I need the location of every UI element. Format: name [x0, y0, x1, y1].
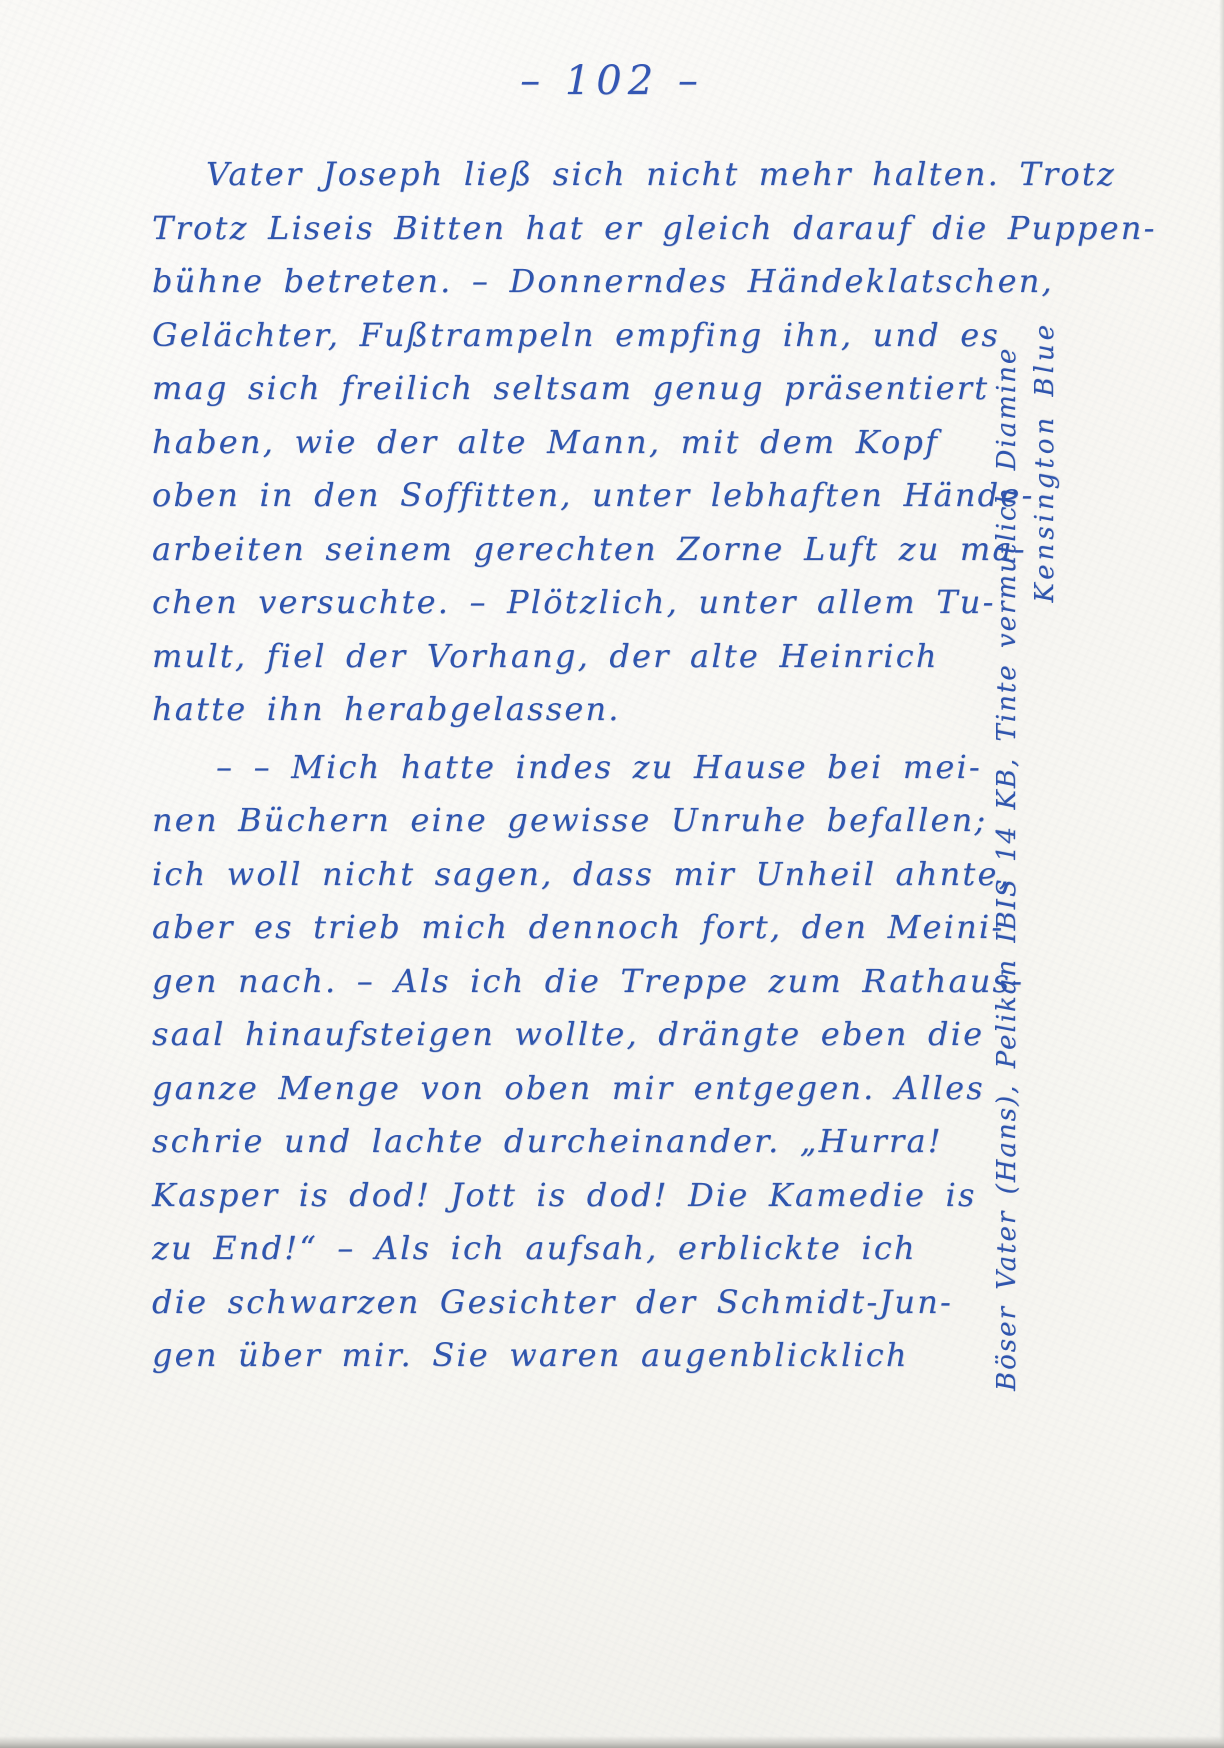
manuscript-line: aber es trieb mich dennoch fort, den Mei…: [152, 901, 1082, 955]
pen-and-ink-margin-note: Böser Vater (Hans), Pelikan IBIS 14 KB, …: [988, 251, 1066, 1391]
manuscript-line: Vater Joseph ließ sich nicht mehr halten…: [152, 148, 1082, 202]
margin-note-line-2: Kensington Blue: [1026, 251, 1064, 1391]
manuscript-line: hatte ihn herabgelassen.: [152, 683, 1082, 737]
manuscript-line: arbeiten seinem gerechten Zorne Luft zu …: [152, 523, 1082, 577]
manuscript-line: – – Mich hatte indes zu Hause bei mei-: [152, 741, 1082, 795]
manuscript-line: nen Büchern eine gewisse Unruhe befallen…: [152, 794, 1082, 848]
scanned-manuscript-page: – 102 – Vater Joseph ließ sich nicht meh…: [0, 0, 1224, 1748]
manuscript-line: chen versuchte. – Plötzlich, unter allem…: [152, 576, 1082, 630]
manuscript-line: Gelächter, Fußtrampeln empfing ihn, und …: [152, 309, 1082, 363]
scan-edge-right: [1219, 0, 1224, 1748]
manuscript-line: zu End!“ – Als ich aufsah, erblickte ich: [152, 1222, 1082, 1276]
manuscript-line: ich woll nicht sagen, dass mir Unheil ah…: [152, 848, 1082, 902]
manuscript-line: saal hinaufsteigen wollte, drängte eben …: [152, 1008, 1082, 1062]
manuscript-line: oben in den Soffitten, unter lebhaften H…: [152, 469, 1082, 523]
manuscript-text-block: Vater Joseph ließ sich nicht mehr halten…: [152, 148, 1082, 1383]
scan-edge-bottom: [0, 1736, 1224, 1748]
manuscript-line: mag sich freilich seltsam genug präsenti…: [152, 362, 1082, 416]
manuscript-line: schrie und lachte durcheinander. „Hurra!: [152, 1115, 1082, 1169]
manuscript-line: Trotz Liseis Bitten hat er gleich darauf…: [152, 202, 1082, 256]
manuscript-line: gen nach. – Als ich die Treppe zum Ratha…: [152, 955, 1082, 1009]
margin-note-line-1: Böser Vater (Hans), Pelikan IBIS 14 KB, …: [988, 251, 1026, 1391]
manuscript-line: mult, fiel der Vorhang, der alte Heinric…: [152, 630, 1082, 684]
manuscript-line: bühne betreten. – Donnerndes Händeklatsc…: [152, 255, 1082, 309]
manuscript-line: haben, wie der alte Mann, mit dem Kopf: [152, 416, 1082, 470]
manuscript-line: Kasper is dod! Jott is dod! Die Kamedie …: [152, 1169, 1082, 1223]
manuscript-line: die schwarzen Gesichter der Schmidt-Jun-: [152, 1276, 1082, 1330]
manuscript-line: gen über mir. Sie waren augenblicklich: [152, 1329, 1082, 1383]
page-number: – 102 –: [0, 58, 1224, 104]
manuscript-line: ganze Menge von oben mir entgegen. Alles: [152, 1062, 1082, 1116]
